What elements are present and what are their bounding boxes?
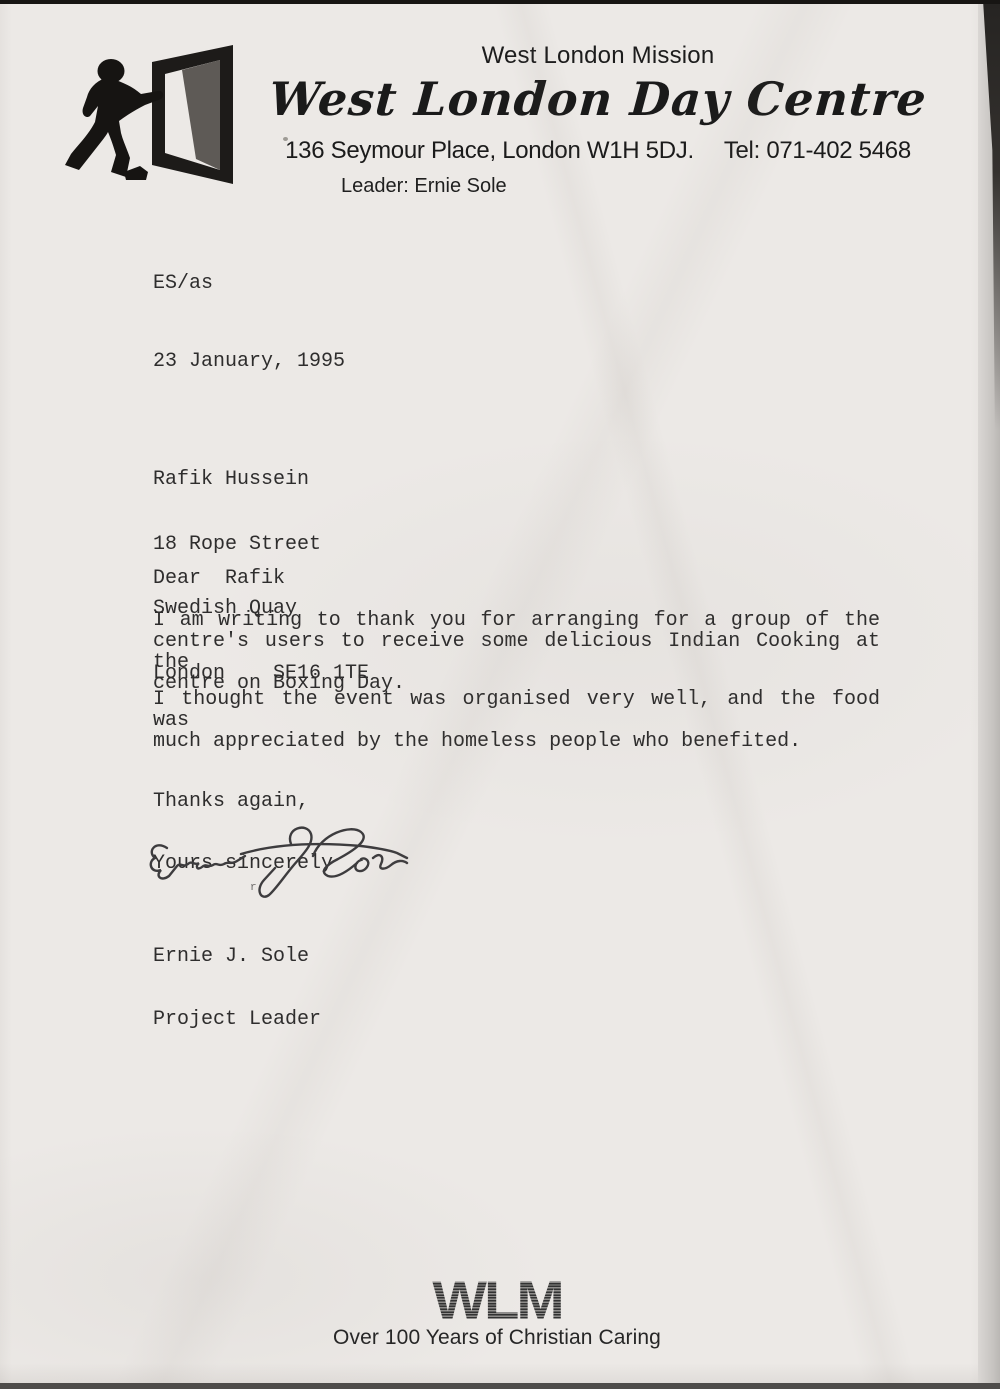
body-paragraph-2: I thought the event was organised very w…: [153, 689, 880, 752]
paragraph-line: much appreciated by the homeless people …: [153, 731, 880, 752]
letterhead-telephone: Tel: 071-402 5468: [724, 137, 911, 164]
footer-caption: Over 100 Years of Christian Caring: [0, 1326, 994, 1350]
scan-speckle: [283, 137, 288, 141]
signed-title: Project Leader: [153, 1009, 321, 1030]
leader-line: Leader: Ernie Sole: [341, 175, 507, 198]
wlm-logo: WLM: [0, 1274, 994, 1327]
paragraph-line: I thought the event was organised very w…: [153, 689, 880, 731]
closing-thanks: Thanks again,: [153, 792, 333, 813]
signature-block: Ernie J. Sole Project Leader: [153, 904, 321, 1072]
scanned-letter-page: West London Mission West London Day Cent…: [0, 0, 1000, 1389]
recipient-name: Rafik Hussein: [153, 469, 369, 491]
paragraph-line: centre's users to receive some delicious…: [153, 631, 880, 673]
letterhead-address: 136 Seymour Place, London W1H 5DJ.: [285, 137, 694, 164]
scan-edge-top: [0, 0, 1000, 4]
signed-name: Ernie J. Sole: [153, 946, 321, 967]
salutation: Dear Rafik: [153, 568, 285, 589]
recipient-street: 18 Rope Street: [153, 534, 369, 556]
date-line: 23 January, 1995: [153, 351, 345, 372]
body-paragraph-1: I am writing to thank you for arranging …: [153, 610, 880, 694]
letterhead-title: West London Day Centre: [196, 72, 1000, 126]
paragraph-line: I am writing to thank you for arranging …: [153, 610, 880, 631]
handwritten-signature: [145, 818, 420, 903]
reference-line: ES/as: [153, 273, 213, 294]
organisation-name: West London Mission: [198, 42, 998, 70]
scan-mark: r: [250, 882, 257, 894]
scan-edge-bottom: [0, 1383, 1000, 1389]
letterhead-address-row: 136 Seymour Place, London W1H 5DJ.Tel: 0…: [198, 137, 998, 165]
